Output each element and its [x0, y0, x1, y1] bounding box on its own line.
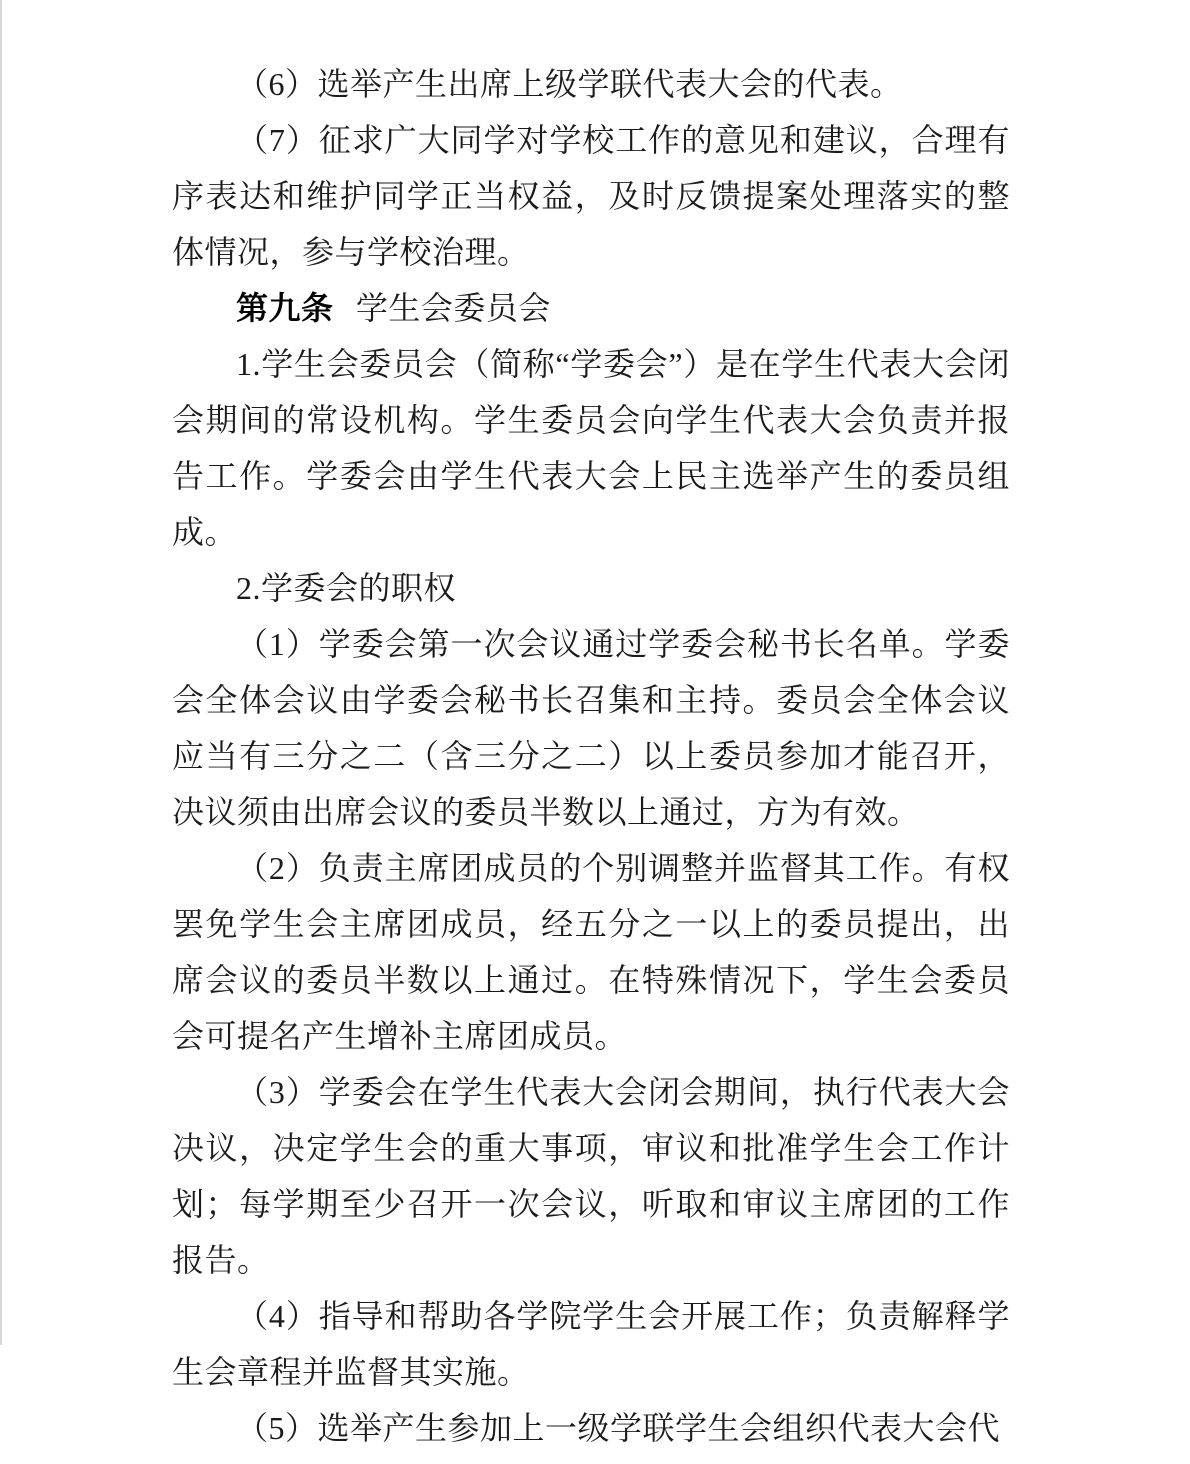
paragraph: （3）学委会在学生代表大会闭会期间，执行代表大会决议，决定学生会的重大事项，审议…: [172, 1064, 1010, 1288]
paragraph: （2）负责主席团成员的个别调整并监督其工作。有权罢免学生会主席团成员，经五分之一…: [172, 840, 1010, 1064]
article-heading: 第九条学生会委员会: [172, 280, 1010, 336]
paragraph: （6）选举产生出席上级学联代表大会的代表。: [172, 56, 1010, 112]
paragraph: （7）征求广大同学对学校工作的意见和建议，合理有序表达和维护同学正当权益，及时反…: [172, 112, 1010, 280]
paragraph: 1.学生会委员会（简称“学委会”）是在学生代表大会闭会期间的常设机构。学生委员会…: [172, 336, 1010, 560]
paragraph: （4）指导和帮助各学院学生会开展工作；负责解释学生会章程并监督其实施。: [172, 1288, 1010, 1400]
article-number: 第九条: [236, 290, 334, 326]
page-left-edge: [0, 0, 2, 1345]
document-page: （6）选举产生出席上级学联代表大会的代表。（7）征求广大同学对学校工作的意见和建…: [0, 0, 1190, 1464]
article-title: 学生会委员会: [356, 290, 551, 326]
document-content: （6）选举产生出席上级学联代表大会的代表。（7）征求广大同学对学校工作的意见和建…: [172, 56, 1010, 1456]
paragraph: （1）学委会第一次会议通过学委会秘书长名单。学委会全体会议由学委会秘书长召集和主…: [172, 616, 1010, 840]
paragraph: （5）选举产生参加上一级学联学生会组织代表大会代: [172, 1400, 1010, 1456]
paragraph: 2.学委会的职权: [172, 560, 1010, 616]
